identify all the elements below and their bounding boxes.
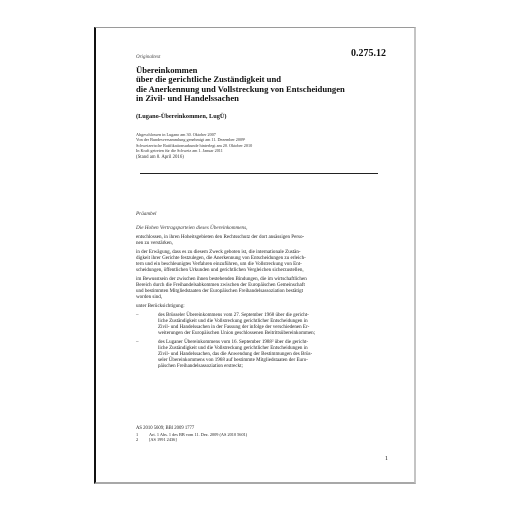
parties-line: Die Hohen Vertragsparteien dieses Überei… <box>136 225 247 231</box>
meta-line: In Kraft getreten für die Schweiz am 1. … <box>136 148 252 153</box>
title-line: in Zivil- und Handelssachen <box>136 94 345 103</box>
text-line: nen zu verstärken, <box>136 241 374 247</box>
preamble-heading: Präambel <box>136 211 156 217</box>
text-line: unter Berücksichtigung: <box>136 304 374 310</box>
document-title: Übereinkommen über die gerichtliche Zust… <box>136 66 345 104</box>
page-number: 1 <box>385 456 388 462</box>
preamble-paragraph: im Bewusstsein der zwischen ihnen besteh… <box>136 277 374 301</box>
bullet-item: – des Brüsseler Übereinkommens vom 27. S… <box>136 313 374 337</box>
text-line: scheidungen, öffentlichen Urkunden und g… <box>136 268 374 274</box>
short-title: (Lugano-Übereinkommen, LugÜ) <box>136 113 227 120</box>
header-divider <box>140 173 378 174</box>
preamble-paragraph: entschlossen, in ihren Hoheitsgebieten d… <box>136 235 374 247</box>
text-line: päischen Freihandelsassoziation erstreck… <box>136 364 374 370</box>
text-line: worden sind, <box>136 295 374 301</box>
text-line: weiterungen der Europäischen Union gesch… <box>136 331 374 337</box>
footnote-text: [AS 1991 2436] <box>149 437 177 442</box>
sr-number: 0.275.12 <box>351 48 386 59</box>
footnote-number: 2 <box>136 437 149 442</box>
footnote-source: AS 2010 5609; BBl 2009 1777 <box>136 426 194 431</box>
meta-line: Von der Bundesversammlung genehmigt am 1… <box>136 137 252 142</box>
dash-bullet-icon: – <box>136 313 139 319</box>
enactment-meta: Abgeschlossen in Lugano am 30. Oktober 2… <box>136 132 252 153</box>
bullet-item: – des Luganer Übereinkommens vom 16. Sep… <box>136 340 374 370</box>
footnote: 2[AS 1991 2436] <box>136 437 177 442</box>
preamble-paragraph: unter Berücksichtigung: <box>136 304 374 310</box>
dash-bullet-icon: – <box>136 340 139 346</box>
preamble-paragraph: in der Erwägung, dass es zu diesem Zweck… <box>136 250 374 274</box>
status-date: (Stand am 8. April 2016) <box>136 155 184 160</box>
document-page: Originaltext 0.275.12 Übereinkommen über… <box>94 27 416 484</box>
original-text-label: Originaltext <box>136 55 160 60</box>
